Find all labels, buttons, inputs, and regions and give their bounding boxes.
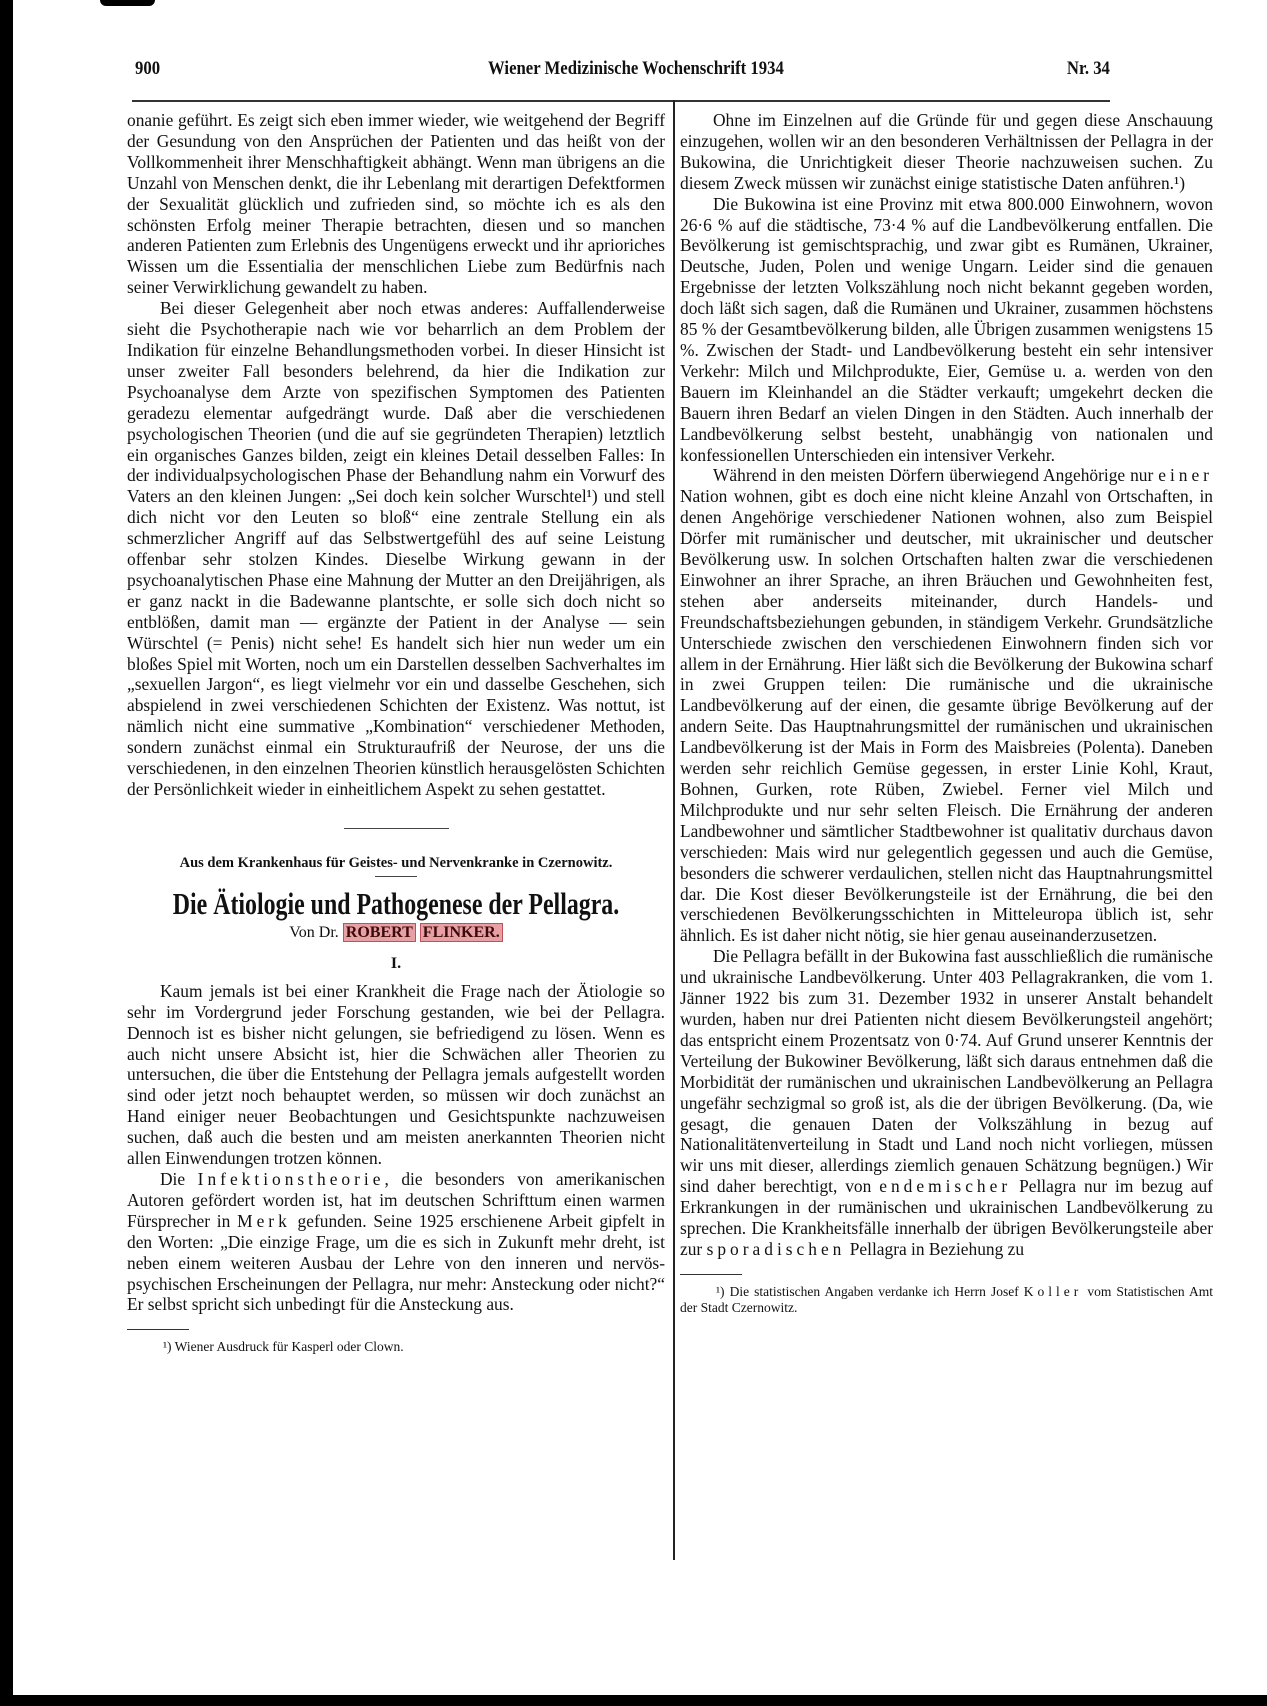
column-divider bbox=[673, 100, 675, 1560]
section-number: I. bbox=[127, 954, 665, 975]
scan-border-bottom bbox=[0, 1695, 1267, 1706]
article-separator bbox=[344, 828, 449, 829]
byline: Von Dr. ROBERT FLINKER. bbox=[127, 922, 665, 944]
author-last-name-highlight[interactable]: FLINKER. bbox=[420, 923, 503, 942]
paragraph: Die Bukowina ist eine Provinz mit etwa 8… bbox=[680, 194, 1213, 466]
issue-number: Nr. 34 bbox=[1067, 58, 1110, 80]
text-run: ¹) Die statistischen Angaben verdanke ic… bbox=[716, 1284, 1019, 1299]
emphasized-term: Infektionstheorie bbox=[198, 1169, 385, 1189]
paragraph: Bei dieser Gelegenheit aber noch etwas a… bbox=[127, 298, 665, 800]
institution-rule bbox=[375, 876, 417, 877]
text-run: Während in den meisten Dörfern überwiege… bbox=[713, 465, 1153, 485]
author-first-name-highlight[interactable]: ROBERT bbox=[343, 923, 416, 942]
emphasized-term: sporadischen bbox=[707, 1239, 846, 1259]
text-run: Nation wohnen, gibt es doch eine nicht k… bbox=[680, 486, 1213, 945]
article-title: Die Ätiologie und Pathogenese der Pellag… bbox=[143, 887, 650, 921]
header-rule bbox=[132, 100, 1110, 102]
paragraph: Die Infektionstheorie, die besonders von… bbox=[127, 1169, 665, 1315]
footnote: ¹) Die statistischen Angaben verdanke ic… bbox=[680, 1284, 1213, 1316]
emphasized-term: endemischer bbox=[879, 1176, 1011, 1196]
right-column: Ohne im Einzelnen auf die Gründe für und… bbox=[680, 110, 1213, 1316]
paragraph: onanie geführt. Es zeigt sich eben immer… bbox=[127, 110, 665, 298]
emphasized-term: einer bbox=[1158, 465, 1213, 485]
byline-prefix: Von Dr. bbox=[289, 924, 339, 941]
text-run: Pellagra in Beziehung zu bbox=[850, 1239, 1024, 1259]
text-run: Die Pellagra befällt in der Bukowina fas… bbox=[680, 946, 1213, 1196]
page-number: 900 bbox=[135, 58, 160, 80]
left-column: onanie geführt. Es zeigt sich eben immer… bbox=[127, 110, 665, 1355]
article-institution: Aus dem Krankenhaus für Geistes- und Ner… bbox=[127, 855, 665, 872]
scan-ink-blot bbox=[100, 0, 155, 6]
emphasized-name: Koller bbox=[1024, 1284, 1083, 1299]
journal-title: Wiener Medizinische Wochenschrift 1934 bbox=[488, 58, 784, 80]
footnote: ¹) Wiener Ausdruck für Kasperl oder Clow… bbox=[127, 1339, 665, 1355]
paragraph: Ohne im Einzelnen auf die Gründe für und… bbox=[680, 110, 1213, 194]
paragraph: Während in den meisten Dörfern überwiege… bbox=[680, 465, 1213, 946]
text-run: Die bbox=[160, 1169, 185, 1189]
scan-border-left bbox=[0, 0, 13, 1706]
footnote-rule bbox=[127, 1329, 189, 1330]
paragraph: Kaum jemals ist bei einer Krankheit die … bbox=[127, 981, 665, 1169]
paragraph: Die Pellagra befällt in der Bukowina fas… bbox=[680, 946, 1213, 1260]
running-head: 900 Wiener Medizinische Wochenschrift 19… bbox=[135, 58, 1110, 88]
footnote-rule bbox=[680, 1274, 742, 1275]
emphasized-name: Merk bbox=[237, 1211, 291, 1231]
